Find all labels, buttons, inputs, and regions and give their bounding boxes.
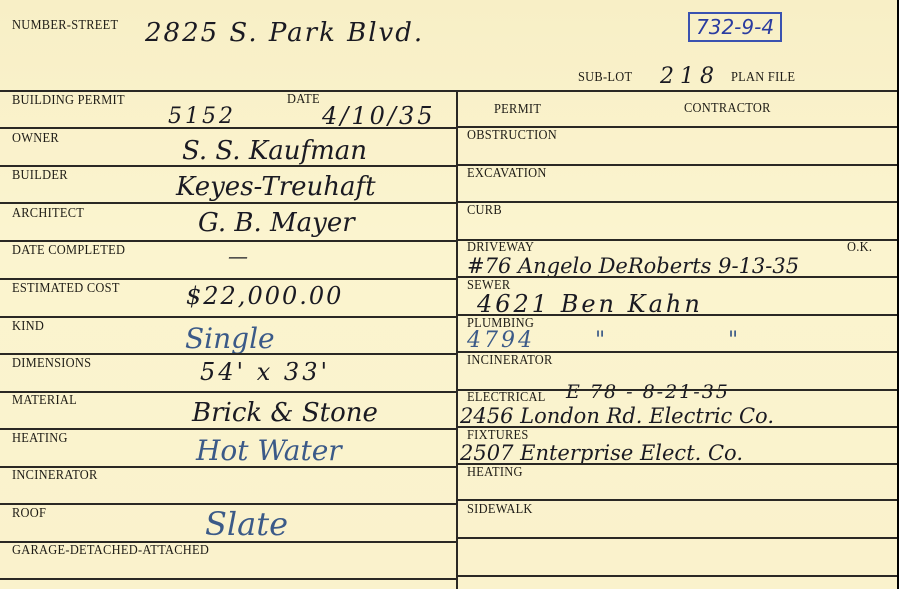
value-fixtures: 2507 Enterprise Elect. Co. — [460, 441, 743, 465]
value-kind: Single — [185, 322, 275, 355]
label-garage: GARAGE-DETACHED-ATTACHED — [12, 542, 209, 558]
label-sidewalk: SIDEWALK — [467, 501, 533, 517]
right-row-rule — [457, 575, 897, 577]
date-value: 4/10/35 — [322, 102, 436, 130]
plan-file-label: PLAN FILE — [731, 69, 795, 85]
right-row-rule — [457, 426, 897, 428]
value-dimensions: 54' x 33' — [200, 358, 330, 386]
label-incinerator-permit: INCINERATOR — [467, 352, 553, 368]
label-dimensions: DIMENSIONS — [12, 355, 91, 371]
left-row-rule — [0, 503, 457, 505]
label-building-permit: BUILDING PERMIT — [12, 92, 125, 108]
label-owner: OWNER — [12, 130, 59, 146]
label-heating-permit: HEATING — [467, 464, 523, 480]
value-architect: G. B. Mayer — [198, 208, 355, 238]
label-incinerator: INCINERATOR — [12, 467, 98, 483]
label-builder: BUILDER — [12, 167, 68, 183]
right-row-rule — [457, 276, 897, 278]
label-heating: HEATING — [12, 430, 68, 446]
date-label: DATE — [287, 91, 320, 107]
value-material: Brick & Stone — [192, 398, 378, 428]
contractor-column-header: CONTRACTOR — [684, 100, 771, 116]
right-row-rule — [457, 201, 897, 203]
label-kind: KIND — [12, 318, 44, 334]
value-heating: Hot Water — [196, 434, 342, 467]
value-building-permit: 5152 — [168, 104, 236, 129]
permit-card: NUMBER-STREET 2825 S. Park Blvd. 732-9-4… — [0, 0, 897, 589]
left-row-rule — [0, 391, 457, 393]
left-row-rule — [0, 428, 457, 430]
left-row-rule — [0, 466, 457, 468]
right-row-rule — [457, 499, 897, 501]
permit-column-header: PERMIT — [494, 101, 541, 117]
left-row-rule — [0, 316, 457, 318]
value-driveway: #76 Angelo DeRoberts 9-13-35 — [467, 254, 799, 278]
electrical-permit-note: E 78 - 8-21-35 — [566, 381, 730, 403]
right-row-rule — [457, 314, 897, 316]
label-architect: ARCHITECT — [12, 205, 84, 221]
table-top-rule — [0, 90, 897, 92]
right-row-rule — [457, 537, 897, 539]
driveway-ok-note: O.K. — [847, 239, 872, 255]
left-row-rule — [0, 202, 457, 204]
value-electrical: 2456 London Rd. Electric Co. — [460, 404, 774, 428]
label-obstruction: OBSTRUCTION — [467, 127, 557, 143]
left-row-rule — [0, 278, 457, 280]
label-curb: CURB — [467, 202, 502, 218]
label-driveway: DRIVEWAY — [467, 239, 534, 255]
left-row-rule — [0, 165, 457, 167]
right-row-rule — [457, 389, 897, 391]
left-row-rule — [0, 353, 457, 355]
label-date-completed: DATE COMPLETED — [12, 242, 125, 258]
file-number-stamp: 732-9-4 — [688, 12, 782, 42]
label-estimated-cost: ESTIMATED COST — [12, 280, 120, 296]
right-row-rule — [457, 239, 897, 241]
value-builder: Keyes-Treuhaft — [176, 172, 376, 202]
left-row-rule — [0, 541, 457, 543]
number-street-value: 2825 S. Park Blvd. — [145, 18, 424, 48]
left-row-rule — [0, 127, 457, 129]
right-row-rule — [457, 351, 897, 353]
left-row-rule — [0, 578, 457, 580]
sub-lot-value: 218 — [660, 64, 720, 89]
value-plumbing: 4794 " " — [467, 328, 741, 353]
label-roof: ROOF — [12, 505, 46, 521]
right-row-rule — [457, 164, 897, 166]
right-row-rule — [457, 126, 897, 128]
left-row-rule — [0, 240, 457, 242]
label-excavation: EXCAVATION — [467, 165, 547, 181]
value-roof: Slate — [205, 505, 288, 543]
value-estimated-cost: $22,000.00 — [186, 282, 343, 310]
right-row-rule — [457, 463, 897, 465]
number-street-label: NUMBER-STREET — [12, 17, 118, 33]
value-date-completed: — — [228, 244, 248, 268]
label-electrical: ELECTRICAL — [467, 389, 546, 405]
value-owner: S. S. Kaufman — [182, 136, 367, 166]
label-material: MATERIAL — [12, 392, 77, 408]
sub-lot-label: SUB-LOT — [578, 69, 632, 85]
